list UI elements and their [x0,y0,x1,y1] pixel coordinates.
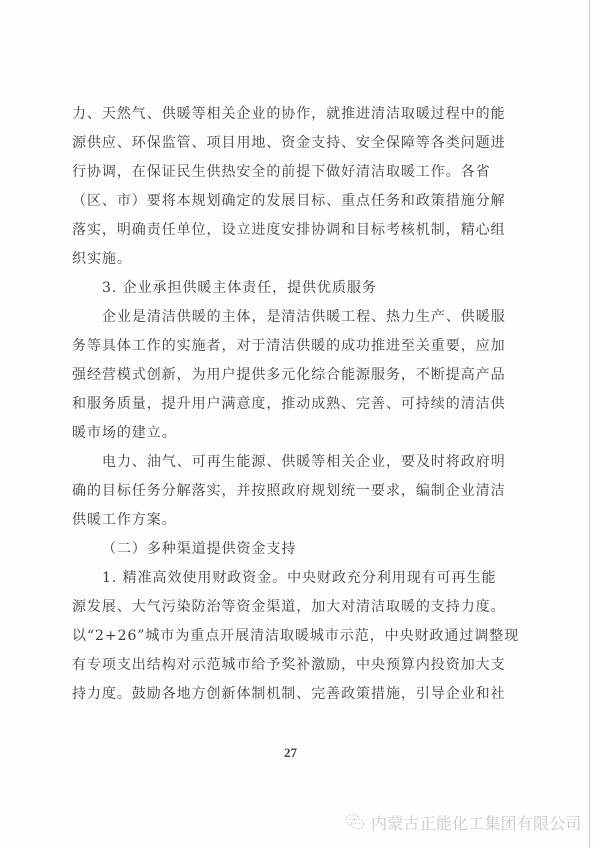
text-line: （区、市）要将本规划确定的发展目标、重点任务和政策措施分解 [72,187,512,216]
text-line: 以“2+26”城市为重点开展清洁取暖城市示范，中央财政通过调整现 [72,622,512,651]
text-line: 务等具体工作的实施者，对于清洁供暖的成功推进至关重要，应加 [72,332,512,361]
text-line: 确的目标任务分解落实，并按照政府规划统一要求，编制企业清洁 [72,477,512,506]
text-line: 源供应、环保监管、项目用地、资金支持、安全保障等各类问题进 [72,129,512,158]
section-heading-2: （二）多种渠道提供资金支持 [72,535,512,564]
text-line: 供暖工作方案。 [72,506,512,535]
watermark-text: 内蒙古正能化工集团有限公司 [371,811,582,834]
text-line: 有专项支出结构对示范城市给予奖补激励，中央预算内投资加大支 [72,651,512,680]
text-line: 行协调，在保证民生供热安全的前提下做好清洁取暖工作。各省 [72,158,512,187]
wechat-icon [345,813,365,831]
section-heading-3: 3. 企业承担供暖主体责任，提供优质服务 [72,274,512,303]
paragraph-first-line: 1. 精准高效使用财政资金。中央财政充分利用现有可再生能 [72,564,512,593]
paragraph-first-line: 电力、油气、可再生能源、供暖等相关企业，要及时将政府明 [72,448,512,477]
document-body: 力、天然气、供暖等相关企业的协作，就推进清洁取暖过程中的能 源供应、环保监管、项… [72,100,512,709]
text-line: 持力度。鼓励各地方创新体制机制、完善政策措施，引导企业和社 [72,680,512,709]
document-page: 力、天然气、供暖等相关企业的协作，就推进清洁取暖过程中的能 源供应、环保监管、项… [0,0,600,848]
page-number: 27 [284,745,297,761]
text-line: 强经营模式创新，为用户提供多元化综合能源服务，不断提高产品 [72,361,512,390]
text-line: 和服务质量，提升用户满意度，推动成熟、完善、可持续的清洁供 [72,390,512,419]
watermark: 内蒙古正能化工集团有限公司 [345,810,582,834]
text-line: 暖市场的建立。 [72,419,512,448]
text-line: 落实，明确责任单位，设立进度安排协调和目标考核机制，精心组 [72,216,512,245]
text-line: 源发展、大气污染防治等资金渠道，加大对清洁取暖的支持力度。 [72,593,512,622]
text-line: 力、天然气、供暖等相关企业的协作，就推进清洁取暖过程中的能 [72,100,512,129]
page-edge-divider [589,0,590,848]
paragraph-first-line: 企业是清洁供暖的主体，是清洁供暖工程、热力生产、供暖服 [72,303,512,332]
text-line: 织实施。 [72,245,512,274]
